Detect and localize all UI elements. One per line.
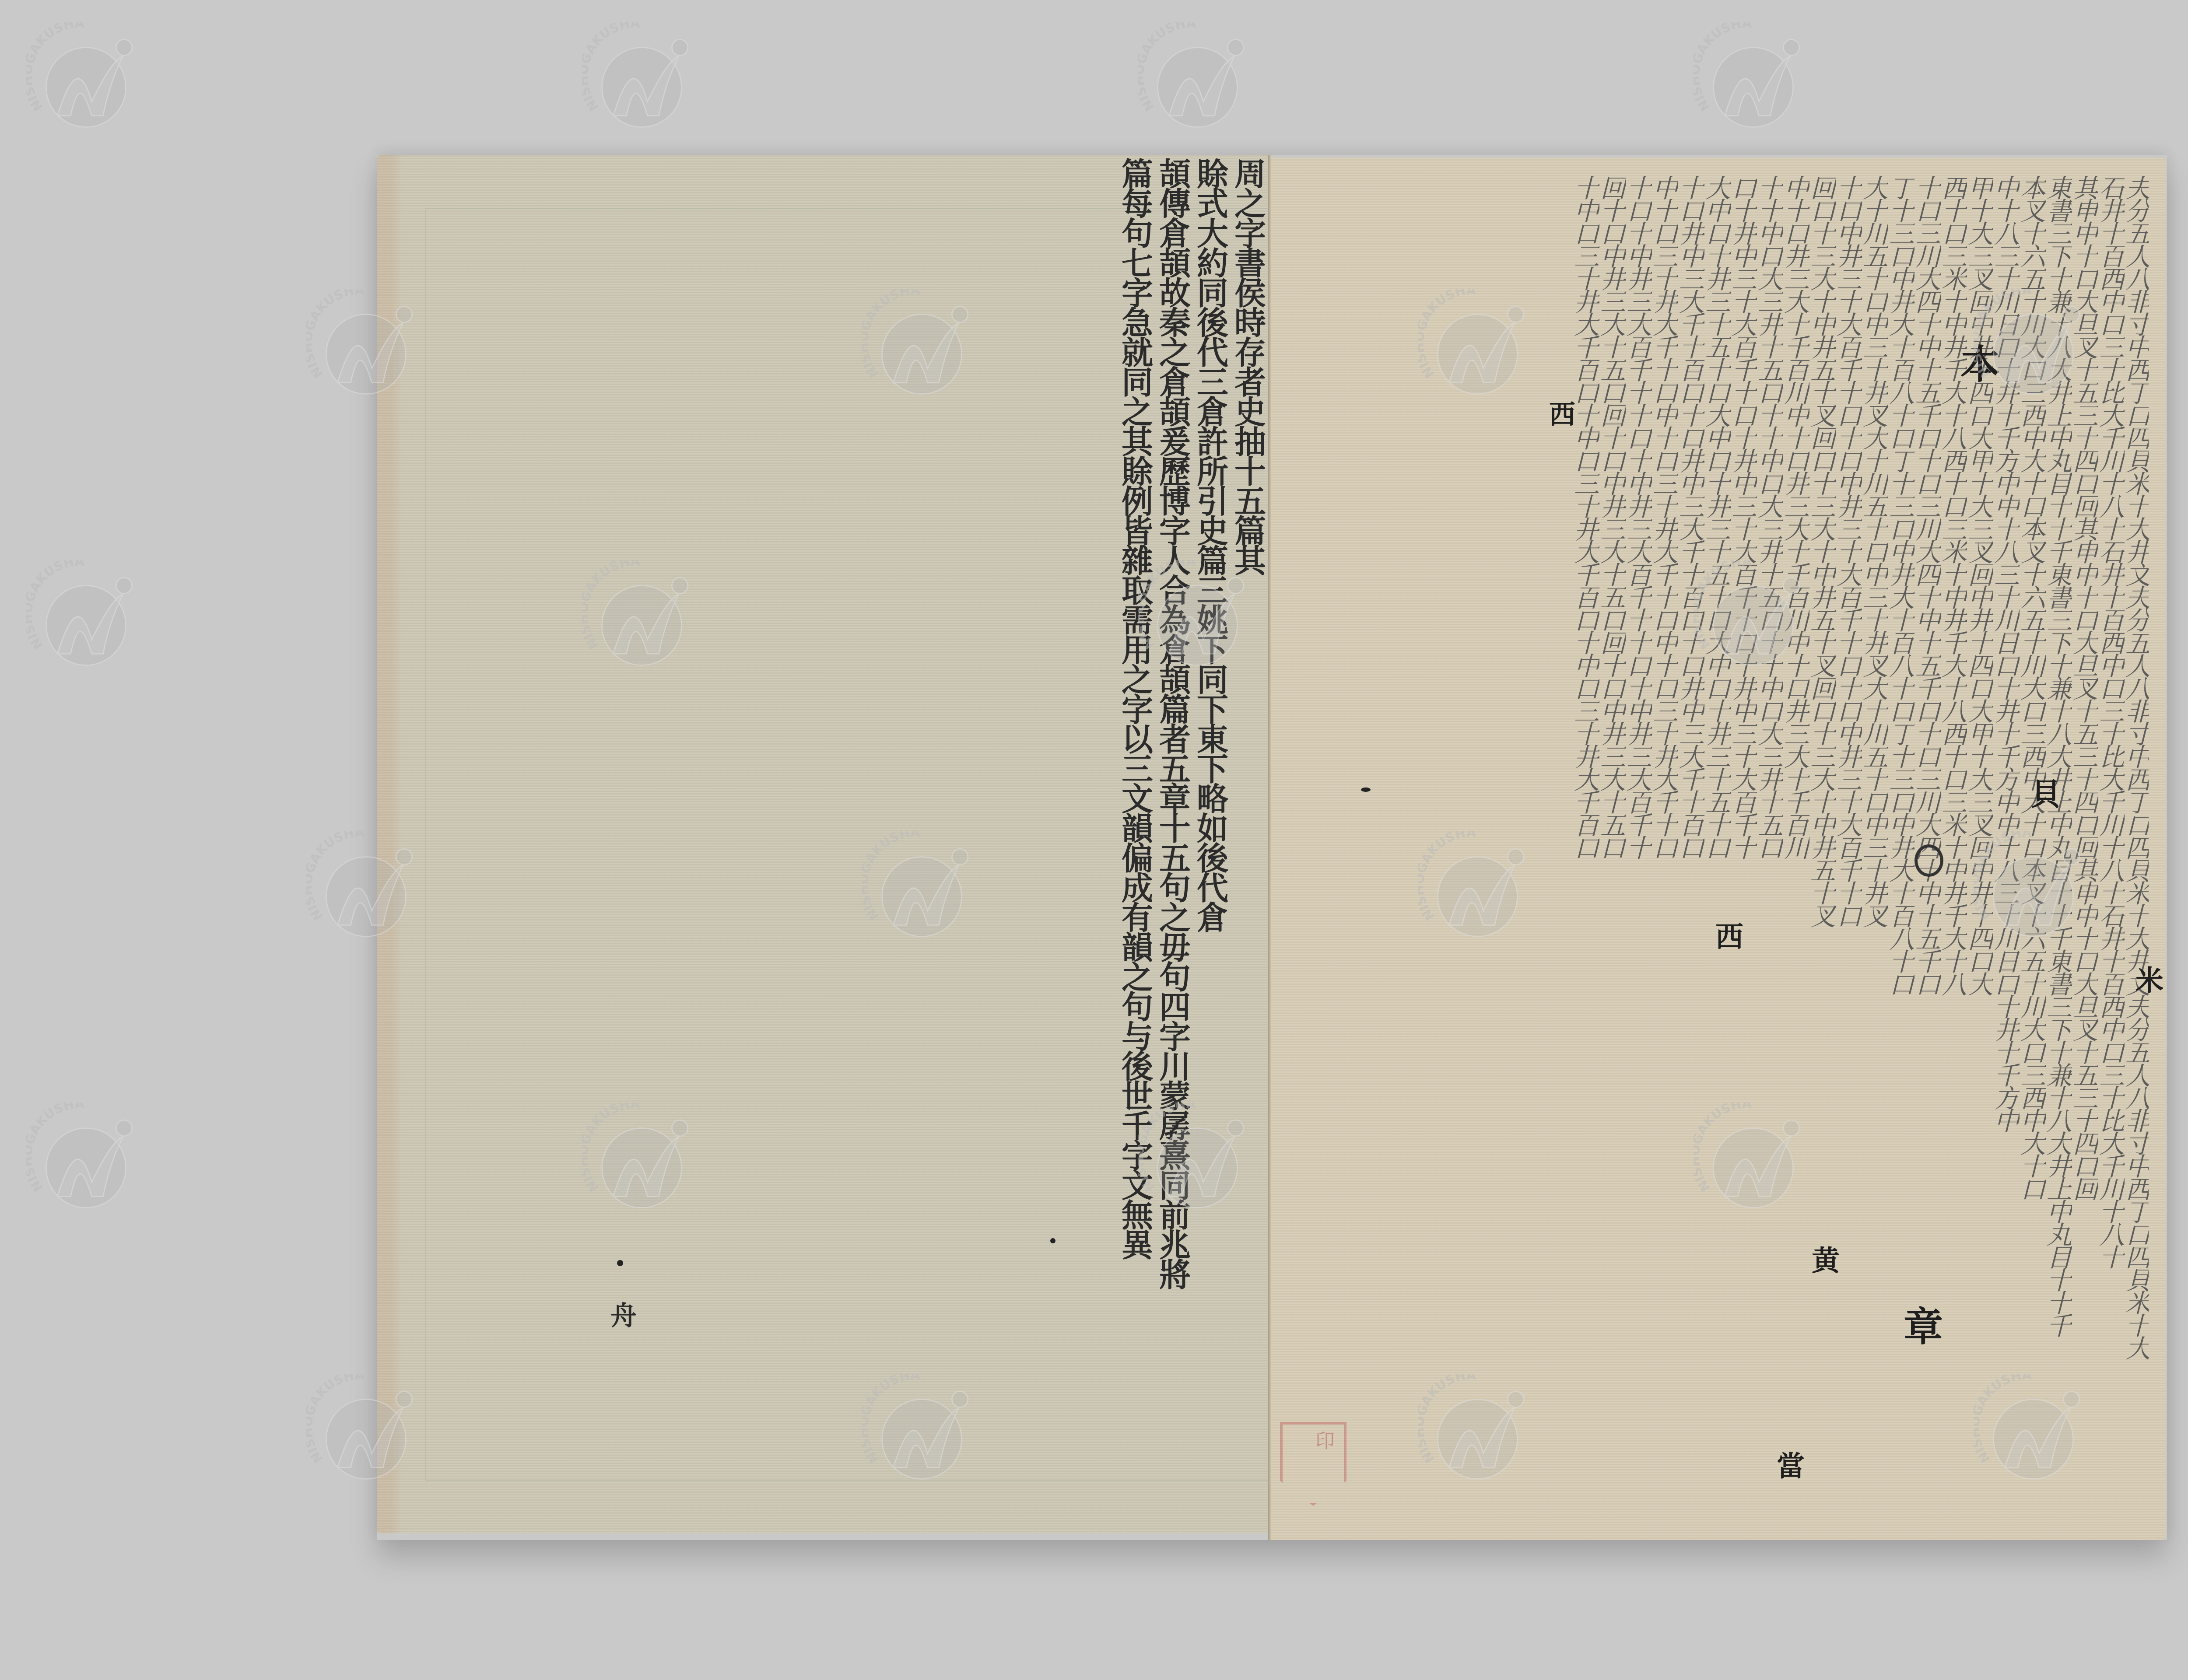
manuscript-column: 十口井中三大千十百口十口井中三大千十百口十口井中三大千十百口 (1677, 175, 1702, 1492)
svg-text:NISHOGAKUSHA: NISHOGAKUSHA (26, 560, 84, 652)
manuscript-column: 十口三川大四十中十五千口十口三川大四十中十五千口十口三川大四十中十五千口 (1913, 175, 1939, 1492)
svg-text:NISHOGAKUSHA: NISHOGAKUSHA (1138, 22, 1196, 114)
manuscript-column: 十中口三十井大千百口十中口三十井大千百口十中口三十井大千百口 (1572, 175, 1597, 1492)
watermark-logo-icon: NISHOGAKUSHA (26, 560, 140, 674)
svg-text:NISHOGAKUSHA: NISHOGAKUSHA (1694, 22, 1752, 114)
ink-spot (1050, 1238, 1055, 1243)
bold-marker-nishi-2: 西 (1715, 914, 1743, 955)
bold-marker-bei: 米 (2135, 958, 2163, 998)
manuscript-column: 夫分五人八非寸中西丁口四貝米十大井文夫分五人八非寸中西丁口四貝米十大井文夫分五人… (2123, 175, 2149, 1492)
manuscript-column: 十十中口大三井十五口十十中口大三井十五口十十中口大三井十五口 (1756, 175, 1781, 1492)
watermark-logo-icon: NISHOGAKUSHA (582, 22, 696, 136)
ink-spot (1361, 787, 1371, 792)
ink-spot (617, 1260, 623, 1266)
svg-text:NISHOGAKUSHA: NISHOGAKUSHA (306, 831, 365, 924)
manuscript-column: 十口十中井三大百千十十口十中井三大百千十十口十中井三大百千十 (1624, 175, 1650, 1492)
bold-marker-kai: 貝 (2030, 770, 2061, 814)
svg-text:NISHOGAKUSHA: NISHOGAKUSHA (26, 1102, 84, 1195)
manuscript-column: 回十口中井三大十五口回十口中井三大十五口回十口中井三大十五口 (1598, 175, 1623, 1492)
bold-marker-sho: 章 (1904, 1295, 1943, 1352)
manuscript-column: 口十井中三十大百千十口十井中三十大百千十口十井中三十大百千十 (1729, 175, 1755, 1492)
manuscript-column: 本叉十六五十川大口三西中大十口本叉十六五十川大口三西中大十口本叉十六五十川大口三… (2018, 175, 2044, 1492)
manuscript-column: 大十川五十口中三十井叉大十川五十口中三十井叉大十川五十口中三十井叉 (1861, 175, 1886, 1492)
circle-marker (1914, 844, 1943, 877)
svg-text:NISHOGAKUSHA: NISHOGAKUSHA (26, 22, 84, 114)
bold-marker-to: 當 (1777, 1444, 1805, 1484)
preface-column-2: 賖式大約同後代三倉許所引史篇三姚下同下東下略如後代倉 (1193, 157, 1227, 1382)
watermark-logo-icon: NISHOGAKUSHA (1138, 22, 1252, 136)
watermark-logo-icon: NISHOGAKUSHA (1694, 22, 1807, 136)
stray-character: 舟 (610, 1295, 637, 1333)
manuscript-column: 石井十百西中口三十比大千川十八十石井十百西中口三十比大千川十八十石井十百西中口三… (2097, 175, 2122, 1492)
right-page: 夫分五人八非寸中西丁口四貝米十大井文夫分五人八非寸中西丁口四貝米十大井文夫分五人… (1271, 157, 2166, 1540)
bold-marker-nishi: 西 (1549, 394, 1575, 431)
manuscript-column: 其申中十口大旦叉十五三十四口回其申中十口大旦叉十五三十四口回其申中十口大旦叉十五… (2071, 175, 2096, 1492)
manuscript-column: 中十口井三大十千百川中十口井三大十千百川中十口井三大十千百川 (1782, 175, 1807, 1492)
preface-column-1: 周之字書侯時存者史抽十五篇其 (1231, 157, 1265, 1382)
watermark-logo-icon: NISHOGAKUSHA (26, 1102, 140, 1216)
svg-text:NISHOGAKUSHA: NISHOGAKUSHA (306, 289, 365, 381)
manuscript-column: 大中口十井三十五十口大中口十井三十五十口大中口十井三十五十口 (1703, 175, 1729, 1492)
right-page-dense-text: 夫分五人八非寸中西丁口四貝米十大井文夫分五人八非寸中西丁口四貝米十大井文夫分五人… (1297, 175, 2149, 1492)
preface-column-4: 篇每句七字急就同之其賖例皆雜取需用之字以三文韻偏成有韻之句与後世千字文無異 (1118, 157, 1152, 1382)
preface-text: 周之字書侯時存者史抽十五篇其 賖式大約同後代三倉許所引史篇三姚下同下東下略如後代… (1164, 157, 1265, 1382)
seal-text: 印 (1284, 1431, 1337, 1450)
manuscript-column: 東書三下十兼十八大井上中丸目十十千東書三下十兼十八大井上中丸目十十千東書三下十兼… (2044, 175, 2070, 1492)
manuscript-column: 丁十三口中井大十百八十口丁十三口中井大十百八十口丁十三口中井大十百八十口 (1887, 175, 1912, 1492)
manuscript-column: 回口十三大十中井五十叉回口十三大十中井五十叉回口十三大十中井五十叉 (1808, 175, 1834, 1492)
manuscript-column: 十口中井三十大百千十口十口中井三十大百千十口十口中井三十大百千十口 (1834, 175, 1860, 1492)
svg-text:NISHOGAKUSHA: NISHOGAKUSHA (582, 22, 640, 114)
watermark-logo-icon: NISHOGAKUSHA (26, 22, 140, 136)
bold-marker-ki: 黄 (1812, 1238, 1840, 1278)
preface-column-3: 頡傳倉頡故秦之倉頡爰歷博字人合為倉頡篇者五章十五句之毋句四字川蒙孱熹同前兆將 (1155, 157, 1189, 1382)
svg-text:NISHOGAKUSHA: NISHOGAKUSHA (306, 1374, 365, 1466)
bold-marker-hon: 本 (1960, 332, 2000, 389)
manuscript-column: 中十口三十井大千十口中十口三十井大千十口中十口三十井大千十口 (1651, 175, 1676, 1492)
